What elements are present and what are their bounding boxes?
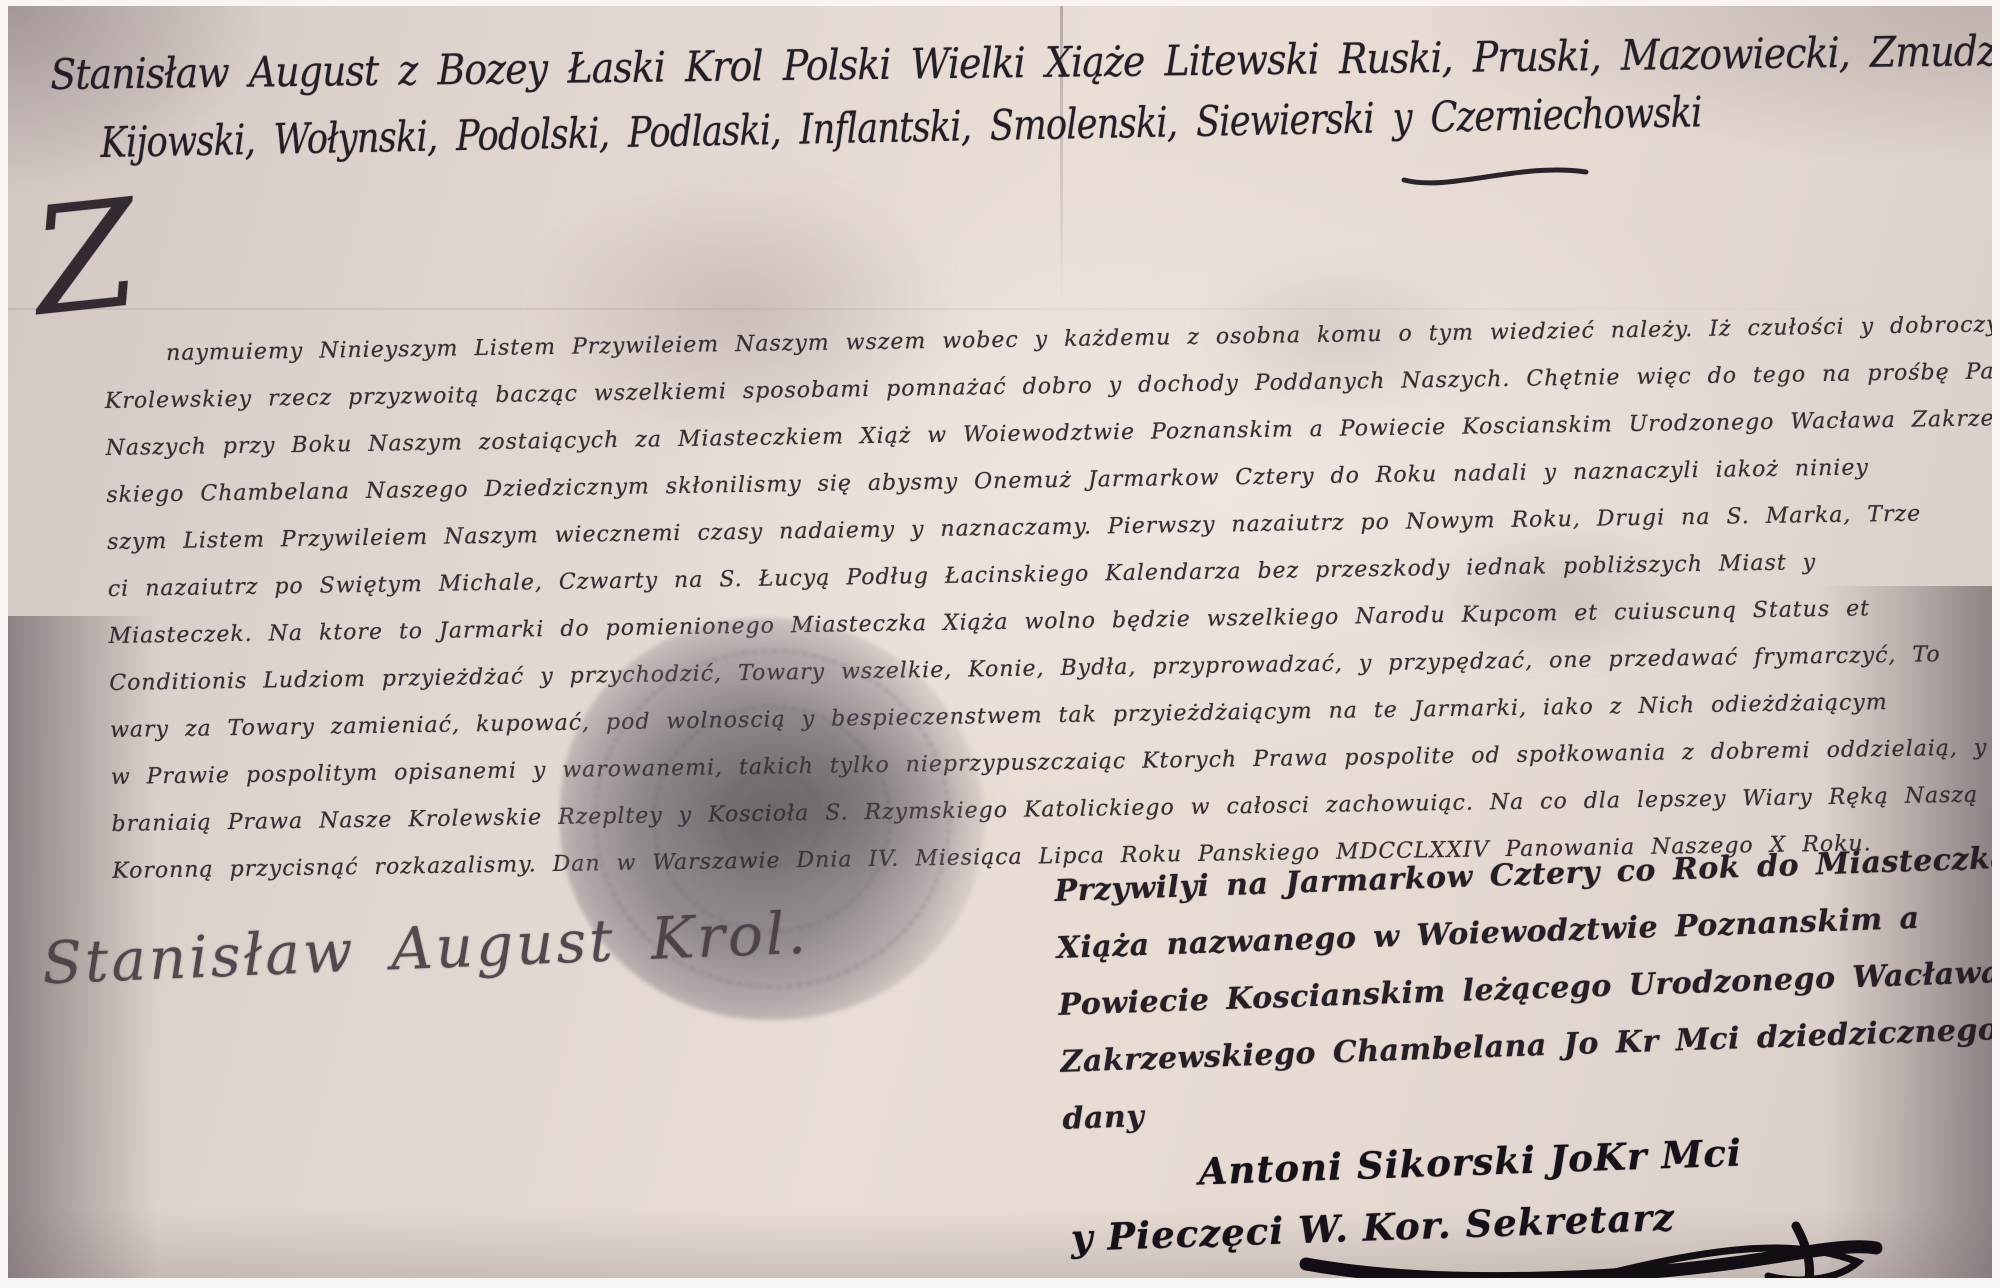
decorative-initial-letter: Z: [27, 179, 145, 337]
docket-note: Przywilyi na Jarmarkow Cztery co Rok do …: [1054, 854, 1644, 1159]
seal-ring: [721, 771, 823, 868]
title-underline-flourish-icon: [1400, 154, 1590, 194]
fold-crease-horizontal: [8, 308, 1992, 310]
screenshot-canvas: Stanisław August z Bozey Łaski Krol Pols…: [0, 0, 2000, 1288]
charter-body-text: naymuiemy Ninieyszym Listem Przywileiem …: [104, 312, 1992, 905]
vignette-top-left: [8, 6, 268, 196]
secretary-flourish-icon: [1298, 1218, 1888, 1278]
document-photo: Stanisław August z Bozey Łaski Krol Pols…: [8, 6, 1992, 1278]
